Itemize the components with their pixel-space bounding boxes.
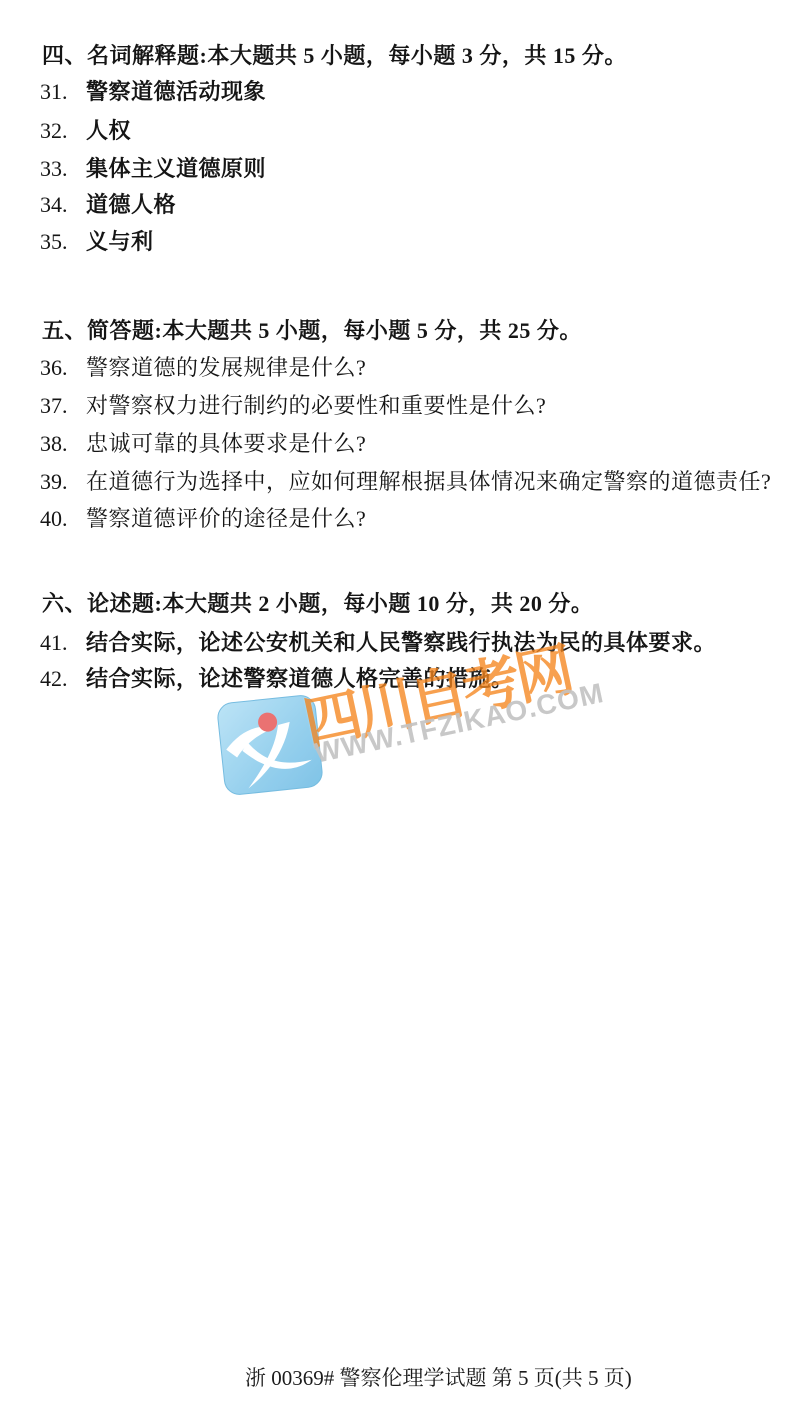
- question-number: 33.: [40, 156, 86, 182]
- question-31: 31. 警察道德活动现象: [40, 79, 266, 105]
- exam-page: 四、名词解释题:本大题共 5 小题，每小题 3 分，共 15 分。 31. 警察…: [0, 0, 800, 1423]
- section-heading-6: 六、论述题:本大题共 2 小题，每小题 10 分，共 20 分。: [42, 591, 593, 617]
- question-text: 人权: [86, 118, 131, 144]
- question-number: 31.: [40, 79, 86, 105]
- question-38: 38. 忠诚可靠的具体要求是什么?: [40, 431, 366, 457]
- question-text: 警察道德活动现象: [86, 79, 266, 105]
- question-number: 36.: [40, 355, 86, 381]
- question-text: 结合实际，论述公安机关和人民警察践行执法为民的具体要求。: [86, 630, 716, 656]
- question-text: 警察道德的发展规律是什么?: [86, 355, 366, 381]
- question-41: 41. 结合实际，论述公安机关和人民警察践行执法为民的具体要求。: [40, 630, 716, 656]
- question-number: 42.: [40, 666, 86, 692]
- section-heading-5: 五、简答题:本大题共 5 小题，每小题 5 分，共 25 分。: [42, 318, 582, 344]
- question-text: 集体主义道德原则: [86, 156, 266, 182]
- question-number: 41.: [40, 630, 86, 656]
- question-42: 42. 结合实际，论述警察道德人格完善的措施。: [40, 666, 514, 692]
- question-39: 39. 在道德行为选择中，应如何理解根据具体情况来确定警察的道德责任?: [40, 469, 771, 495]
- question-number: 34.: [40, 192, 86, 218]
- question-text: 对警察权力进行制约的必要性和重要性是什么?: [86, 393, 546, 419]
- question-33: 33. 集体主义道德原则: [40, 156, 266, 182]
- question-32: 32. 人权: [40, 118, 131, 144]
- question-text: 道德人格: [86, 192, 176, 218]
- question-text: 忠诚可靠的具体要求是什么?: [86, 431, 366, 457]
- question-text: 警察道德评价的途径是什么?: [86, 506, 366, 532]
- question-number: 37.: [40, 393, 86, 419]
- page-footer: 浙 00369# 警察伦理学试题 第 5 页(共 5 页): [245, 1366, 632, 1390]
- question-34: 34. 道德人格: [40, 192, 176, 218]
- question-number: 38.: [40, 431, 86, 457]
- dancing-figure-icon: [215, 693, 324, 797]
- question-35: 35. 义与利: [40, 229, 154, 255]
- question-37: 37. 对警察权力进行制约的必要性和重要性是什么?: [40, 393, 546, 419]
- question-text: 在道德行为选择中，应如何理解根据具体情况来确定警察的道德责任?: [86, 469, 771, 495]
- question-text: 结合实际，论述警察道德人格完善的措施。: [86, 666, 514, 692]
- question-number: 35.: [40, 229, 86, 255]
- question-36: 36. 警察道德的发展规律是什么?: [40, 355, 366, 381]
- section-heading-4: 四、名词解释题:本大题共 5 小题，每小题 3 分，共 15 分。: [42, 43, 627, 69]
- question-number: 40.: [40, 506, 86, 532]
- question-text: 义与利: [86, 229, 154, 255]
- question-number: 32.: [40, 118, 86, 144]
- question-number: 39.: [40, 469, 86, 495]
- question-40: 40. 警察道德评价的途径是什么?: [40, 506, 366, 532]
- watermark-site-name: 四川自考网: [299, 640, 576, 757]
